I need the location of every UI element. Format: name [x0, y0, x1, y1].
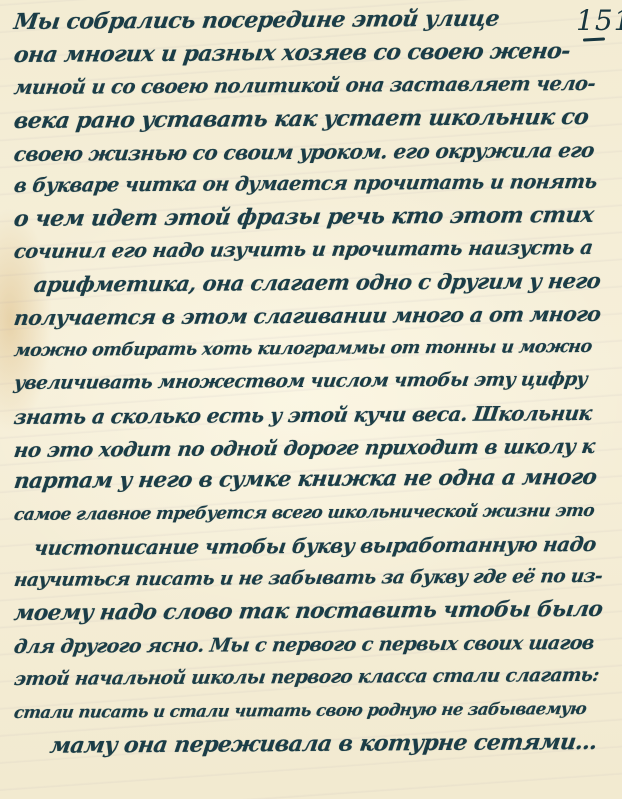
- text-line: чистописание чтобы букву выработанную на…: [12, 528, 605, 565]
- text-line: этой начальной школы первого класса стал…: [12, 660, 605, 697]
- manuscript-page: 151 Мы собрались посередине этой улице о…: [0, 0, 622, 799]
- text-line: стали писать и стали читать свою родную …: [12, 693, 605, 730]
- text-line: можно отбирать хоть килограммы от тонны …: [12, 331, 605, 368]
- text-line: но это ходит по одной дороге приходит в …: [12, 429, 605, 466]
- text-line: в букваре читка он думается прочитать и …: [12, 166, 605, 203]
- text-line: моему надо слово так поставить чтобы был…: [12, 594, 605, 631]
- handwritten-text-block: Мы собрались посередине этой улице она м…: [14, 6, 602, 762]
- text-line: миной и со своею политикой она заставляе…: [12, 68, 605, 105]
- text-line: сочинил его надо изучить и прочитать наи…: [12, 232, 605, 269]
- text-line: маму она переживала в котурне сетями...: [12, 725, 605, 762]
- text-line: знать а сколько есть у этой кучи веса. Ш…: [12, 397, 605, 434]
- text-line: она многих и разных хозяев со своею жено…: [12, 35, 605, 72]
- text-line: получается в этом слагивании много а от …: [12, 298, 605, 335]
- text-line: арифметика, она слагает одно с другим у …: [12, 265, 605, 302]
- text-line: партам у него в сумке книжка не одна а м…: [12, 462, 605, 499]
- text-line: научиться писать и не забывать за букву …: [12, 561, 605, 598]
- text-line: для другого ясно. Мы с первого с первых …: [12, 627, 605, 664]
- text-line: Мы собрались посередине этой улице: [12, 2, 605, 39]
- text-line: о чем идет этой фразы речь кто этот стих: [12, 199, 605, 236]
- text-line: увеличивать множеством числом чтобы эту …: [12, 364, 605, 401]
- text-line: своею жизнью со своим уроком. его окружи…: [12, 133, 605, 170]
- text-line: века рано уставать как устает школьник с…: [12, 101, 605, 138]
- text-line: самое главное требуется всего школьничес…: [12, 495, 605, 532]
